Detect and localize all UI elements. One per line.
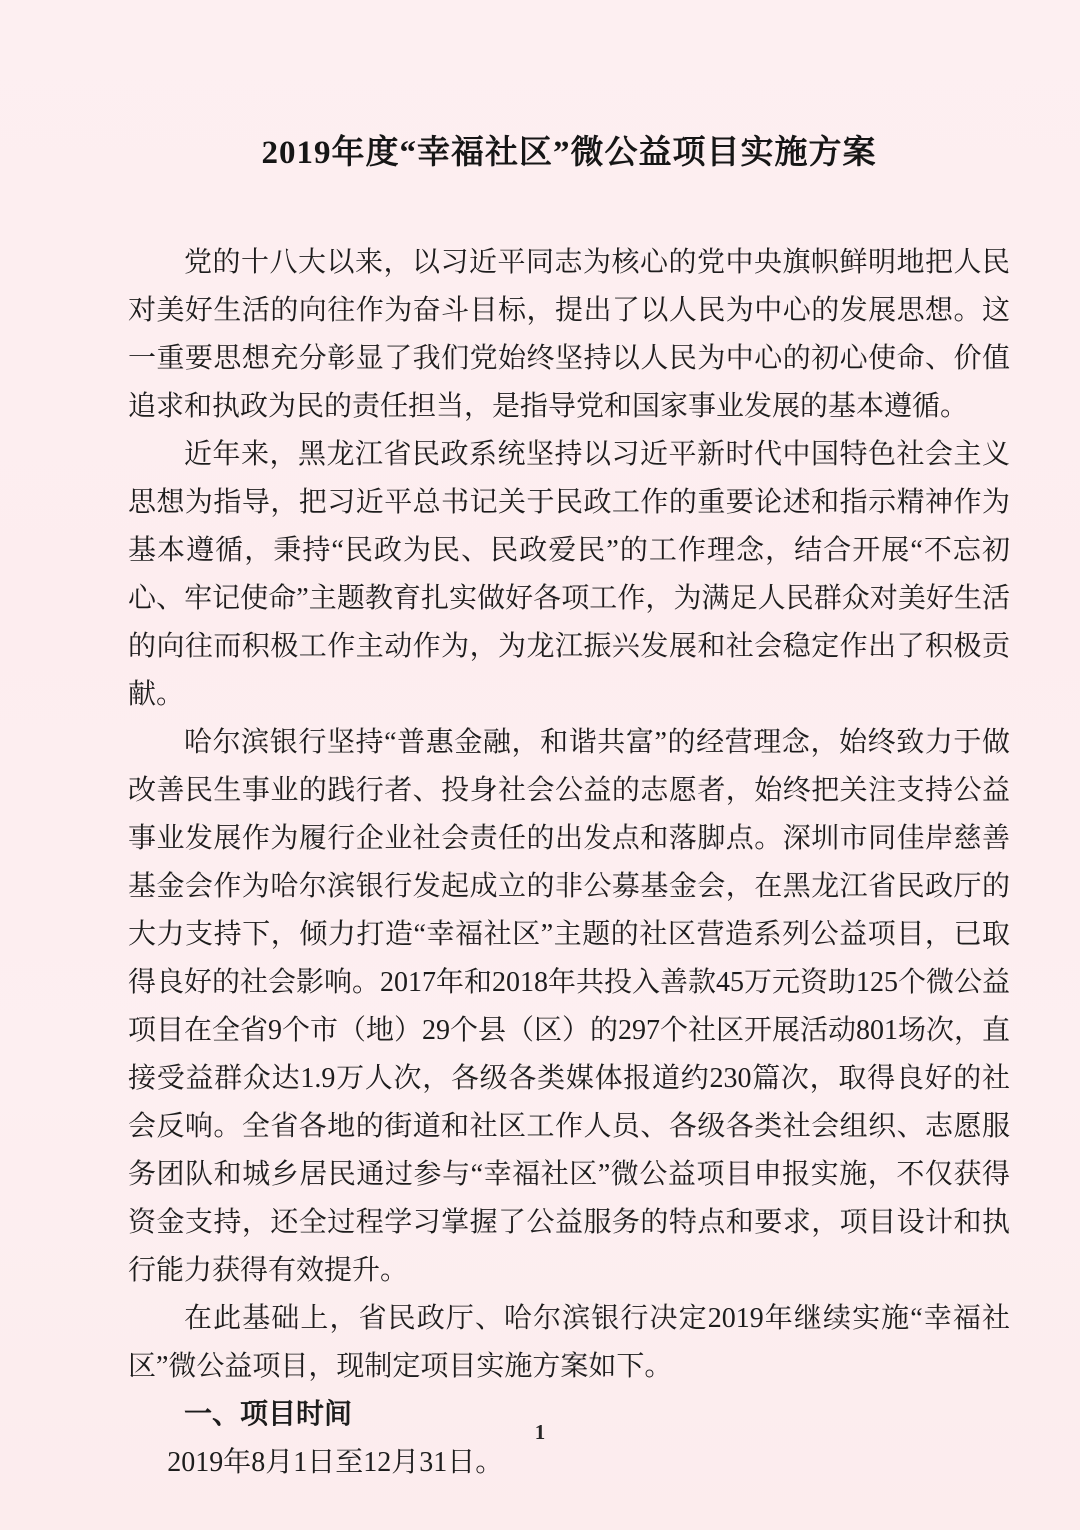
- document-content: 2019年度“幸福社区”微公益项目实施方案 党的十八大以来，以习近平同志为核心的…: [0, 0, 1080, 1487]
- page-number: 1: [0, 1420, 1080, 1445]
- body-paragraph: 哈尔滨银行坚持“普惠金融，和谐共富”的经营理念，始终致力于做改善民生事业的践行者…: [128, 719, 1010, 1295]
- body-paragraph: 在此基础上，省民政厅、哈尔滨银行决定2019年继续实施“幸福社区”微公益项目，现…: [128, 1295, 1010, 1391]
- document-body: 党的十八大以来，以习近平同志为核心的党中央旗帜鲜明地把人民对美好生活的向往作为奋…: [128, 239, 1010, 1487]
- document-title: 2019年度“幸福社区”微公益项目实施方案: [128, 126, 1010, 173]
- document-page: 2019年度“幸福社区”微公益项目实施方案 党的十八大以来，以习近平同志为核心的…: [0, 0, 1080, 1530]
- body-paragraph: 党的十八大以来，以习近平同志为核心的党中央旗帜鲜明地把人民对美好生活的向往作为奋…: [128, 239, 1010, 431]
- section-body-project-dates: 2019年8月1日至12月31日。: [128, 1439, 1010, 1487]
- body-paragraph: 近年来，黑龙江省民政系统坚持以习近平新时代中国特色社会主义思想为指导，把习近平总…: [128, 431, 1010, 719]
